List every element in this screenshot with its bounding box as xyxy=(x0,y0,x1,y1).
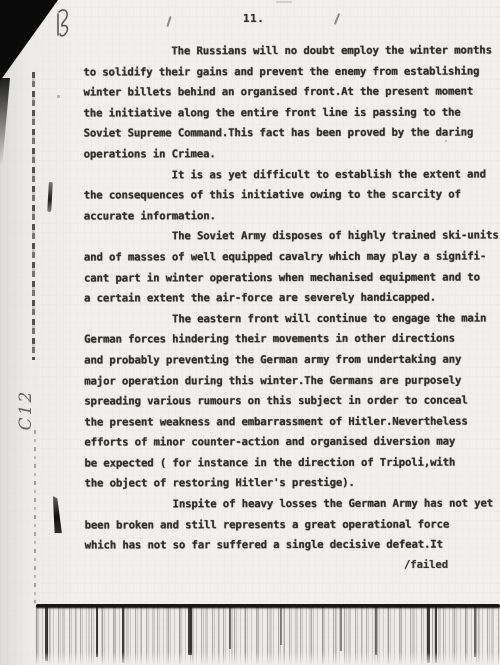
typed-line: been broken and still represents a great… xyxy=(85,514,500,536)
typed-line: operations in Crimea. xyxy=(84,143,500,165)
typed-line: be expected ( for instance in the direct… xyxy=(84,452,500,474)
typed-line: the initiative along the entire front li… xyxy=(83,102,499,124)
typed-line: The Soviet Army disposes of highly train… xyxy=(84,226,500,248)
left-edge-shading xyxy=(0,0,80,665)
typed-line: Inspite of heavy losses the German Army … xyxy=(85,494,500,516)
typed-line: German forces hindering their movements … xyxy=(84,329,500,351)
typed-line: major operation during this winter.The G… xyxy=(84,370,500,392)
typed-text-block: The Russians will no doubt employ the wi… xyxy=(83,40,500,556)
ink-dash-mark xyxy=(47,182,53,212)
typed-line: and probably preventing the German army … xyxy=(84,349,500,371)
page-number: 11. xyxy=(243,12,264,26)
scan-edge-streak-bar xyxy=(229,605,231,649)
typed-line: to solidify their gains and prevent the … xyxy=(83,61,499,83)
typed-line: efforts of minor counter-action and orga… xyxy=(84,432,500,454)
typed-line: the present weakness and embarrassment o… xyxy=(84,411,500,433)
paper-speck xyxy=(445,140,447,142)
corner-fold-shadow xyxy=(0,78,10,166)
typed-line: The eastern front will continue to engag… xyxy=(84,308,500,330)
scan-edge-streak-bar xyxy=(280,605,282,645)
scan-edge-streak-bar xyxy=(188,605,192,655)
stray-pen-mark xyxy=(334,13,340,25)
typed-line: which has not so far suffered a single d… xyxy=(85,535,500,557)
scan-bottom-edge-band xyxy=(36,604,500,665)
scan-edge-streak-bar xyxy=(375,605,377,655)
typed-line: cant part in winter operations when mech… xyxy=(84,267,500,289)
typed-line: the object of restoring Hitler's prestig… xyxy=(84,473,500,495)
ink-blob-mark xyxy=(48,496,63,535)
handwritten-corner-scribble xyxy=(52,7,76,41)
typed-line: the consequences of this initiative owin… xyxy=(84,185,500,207)
scanned-document-page: 11. C12 The Russians will no doubt emplo… xyxy=(0,0,500,665)
paper-speck xyxy=(57,95,60,98)
black-corner-fold xyxy=(0,0,58,81)
typed-line: winter billets behind an organised front… xyxy=(83,82,499,104)
scan-edge-streak-bar xyxy=(96,605,98,657)
typed-line: Soviet Supreme Command.This fact has bee… xyxy=(84,123,500,145)
scan-edge-streak-bar xyxy=(340,605,342,651)
paper-speck xyxy=(276,1,292,3)
typed-line: a certain extent the air-force are sever… xyxy=(84,288,500,310)
catchword-continuation: /failed xyxy=(404,555,448,576)
typed-line: accurate information. xyxy=(84,205,500,227)
paper-speck xyxy=(112,69,114,74)
scan-edge-fade xyxy=(36,652,500,665)
typed-line: The Russians will no doubt employ the wi… xyxy=(83,40,499,62)
handwritten-margin-note: C12 xyxy=(16,382,56,438)
typed-line: spreading various rumours on this subjec… xyxy=(84,391,500,413)
typed-line: It is as yet difficult to establish the … xyxy=(84,164,500,186)
scan-edge-streak-bar xyxy=(474,605,476,657)
scan-streak-line xyxy=(34,430,36,603)
stray-pen-mark xyxy=(166,16,171,27)
typed-line: and of masses of well equipped cavalry w… xyxy=(84,246,500,268)
scan-streak-line xyxy=(32,72,35,360)
